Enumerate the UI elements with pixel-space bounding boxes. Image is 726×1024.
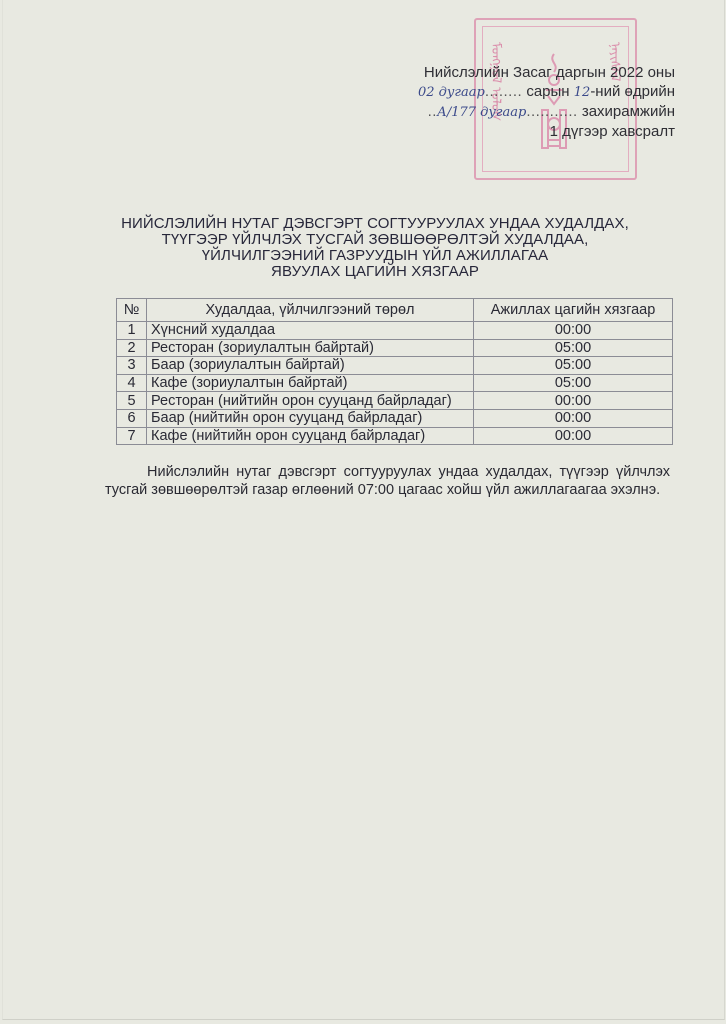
table-row: 1Хүнсний худалдаа00:00 [117,322,673,340]
cell-number: 3 [117,357,147,375]
title-line-1: НИЙСЛЭЛИЙН НУТАГ ДЭВСГЭРТ СОГТУУРУУЛАХ У… [100,216,650,232]
cell-number: 7 [117,427,147,445]
cell-time-limit: 00:00 [474,427,673,445]
cell-time-limit: 00:00 [474,392,673,410]
attachment-reference: Нийслэлийн Засаг даргын 2022 оны 02 дуга… [400,63,675,141]
cell-time-limit: 00:00 [474,322,673,340]
table-row: 7Кафе (нийтийн орон сууцанд байрладаг)00… [117,427,673,445]
cell-number: 4 [117,374,147,392]
ref-line-2: 02 дугаар........ сарын 12-ний өдрийн [400,82,675,102]
title-line-4: ЯВУУЛАХ ЦАГИЙН ХЯЗГААР [100,264,650,280]
handwritten-day: 12 [574,85,591,100]
handwritten-month: 02 дугаар [418,85,485,100]
ref-line-4: 1 дүгээр хавсралт [400,122,675,141]
table-row: 5Ресторан (нийтийн орон сууцанд байрлада… [117,392,673,410]
ref-order-label: захирамжийн [578,103,675,120]
header-service-type: Худалдаа, үйлчилгээний төрөл [147,299,474,322]
title-line-3: ҮЙЛЧИЛГЭЭНИЙ ГАЗРУУДЫН ҮЙЛ АЖИЛЛАГАА [100,248,650,264]
ref-day-suffix: -ний өдрийн [590,83,675,100]
cell-time-limit: 05:00 [474,374,673,392]
ref-line-1: Нийслэлийн Засаг даргын 2022 оны [400,63,675,82]
table-row: 4Кафе (зориулалтын байртай)05:00 [117,374,673,392]
header-time-limit: Ажиллах цагийн хязгаар [474,299,673,322]
cell-service-type: Баар (зориулалтын байртай) [147,357,474,375]
title-line-2: ТҮҮГЭЭР ҮЙЛЧЛЭХ ТУСГАЙ ЗӨВШӨӨРӨЛТЭЙ ХУДА… [100,232,650,248]
cell-service-type: Баар (нийтийн орон сууцанд байрладаг) [147,409,474,427]
cell-service-type: Кафе (нийтийн орон сууцанд байрладаг) [147,427,474,445]
cell-number: 6 [117,409,147,427]
cell-number: 1 [117,322,147,340]
cell-service-type: Хүнсний худалдаа [147,322,474,340]
table-header-row: № Худалдаа, үйлчилгээний төрөл Ажиллах ц… [117,299,673,322]
fill-dots: ........ [485,83,522,100]
cell-time-limit: 05:00 [474,357,673,375]
operating-hours-table: № Худалдаа, үйлчилгээний төрөл Ажиллах ц… [116,298,673,445]
table-row: 3Баар (зориулалтын байртай)05:00 [117,357,673,375]
cell-number: 5 [117,392,147,410]
fill-dots: ........... [526,103,577,120]
cell-time-limit: 05:00 [474,339,673,357]
cell-service-type: Ресторан (нийтийн орон сууцанд байрладаг… [147,392,474,410]
cell-service-type: Ресторан (зориулалтын байртай) [147,339,474,357]
cell-number: 2 [117,339,147,357]
table-row: 2Ресторан (зориулалтын байртай)05:00 [117,339,673,357]
document-title: НИЙСЛЭЛИЙН НУТАГ ДЭВСГЭРТ СОГТУУРУУЛАХ У… [100,216,650,280]
cell-service-type: Кафе (зориулалтын байртай) [147,374,474,392]
note-text: Нийслэлийн нутаг дэвсгэрт согтууруулах у… [105,464,670,498]
handwritten-order-number: А/177 дугаар [437,105,526,120]
cell-time-limit: 00:00 [474,409,673,427]
ref-line-3: ..А/177 дугаар........... захирамжийн [400,102,675,122]
ref-month-label: сарын [522,83,574,100]
header-number: № [117,299,147,322]
fill-dots-lead: .. [428,103,437,120]
note-paragraph: Нийслэлийн нутаг дэвсгэрт согтууруулах у… [105,463,670,499]
table-row: 6Баар (нийтийн орон сууцанд байрладаг)00… [117,409,673,427]
